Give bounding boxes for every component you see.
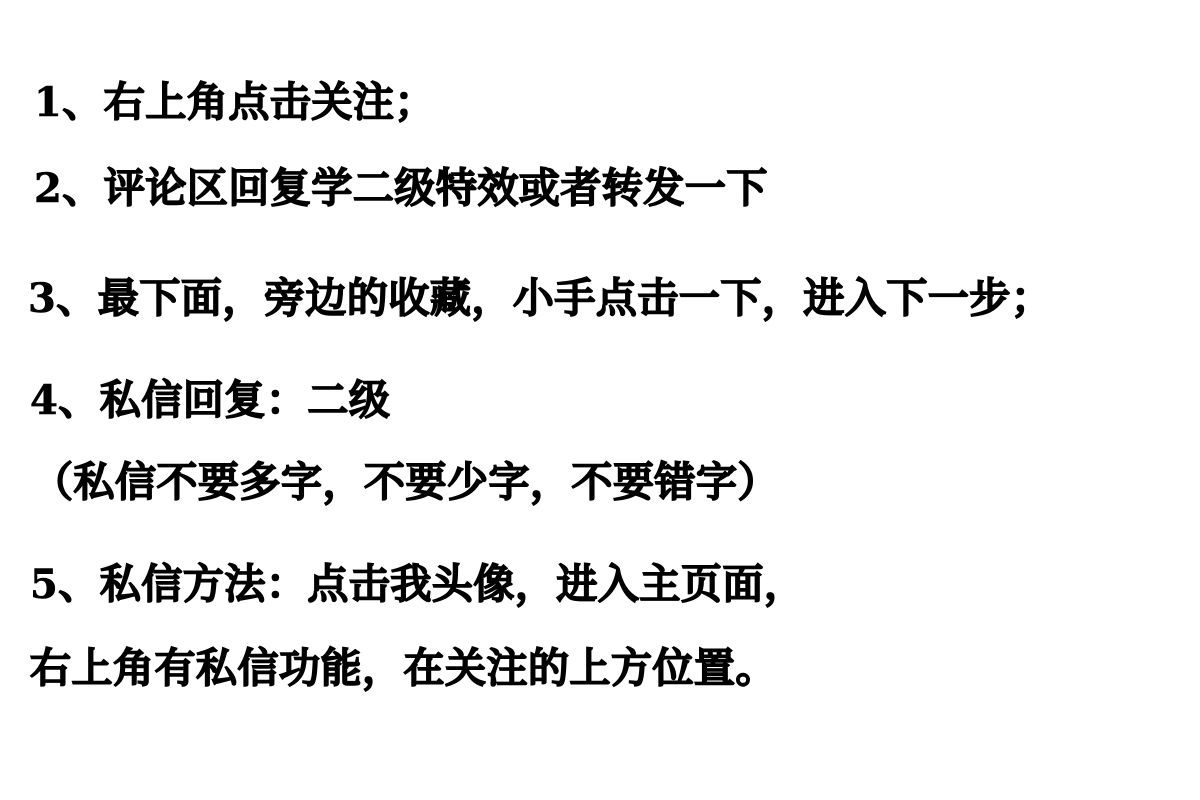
instruction-step-5: 5、私信方法：点击我头像，进入主页面， xyxy=(30,564,805,605)
step-text: 右上角点击关注； xyxy=(104,78,436,126)
step-number: 4 xyxy=(30,377,58,424)
step-number: 3 xyxy=(28,275,56,322)
step-text: 右上角有私信功能，在关注的上方位置。 xyxy=(30,644,777,692)
instruction-step-4-note: （私信不要多字，不要少字，不要错字） xyxy=(32,462,779,503)
step-text: 私信方法：点击我头像，进入主页面， xyxy=(100,560,806,608)
step-separator: 、 xyxy=(62,78,104,126)
step-separator: 、 xyxy=(58,376,100,424)
step-text: 最下面，旁边的收藏，小手点击一下，进入下一步； xyxy=(98,274,1053,322)
instruction-step-5-continued: 右上角有私信功能，在关注的上方位置。 xyxy=(30,648,777,689)
instruction-step-3: 3、最下面，旁边的收藏，小手点击一下，进入下一步； xyxy=(28,278,1052,319)
step-text: 评论区回复学二级特效或者转发一下 xyxy=(104,164,768,212)
instruction-step-2: 2、评论区回复学二级特效或者转发一下 xyxy=(34,168,768,209)
instruction-step-1: 1、右上角点击关注； xyxy=(34,82,436,123)
step-text: 私信回复：二级 xyxy=(100,376,391,424)
step-number: 5 xyxy=(30,561,58,608)
step-number: 2 xyxy=(34,165,62,212)
step-number: 1 xyxy=(34,79,62,126)
step-text: （私信不要多字，不要少字，不要错字） xyxy=(32,458,779,506)
step-separator: 、 xyxy=(58,560,100,608)
instruction-step-4: 4、私信回复：二级 xyxy=(30,380,390,421)
step-separator: 、 xyxy=(62,164,104,212)
step-separator: 、 xyxy=(56,274,98,322)
